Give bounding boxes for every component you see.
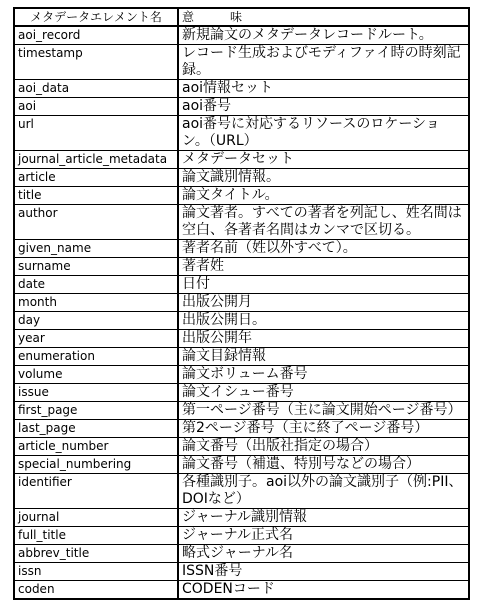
meaning-cell: 略式ジャーナル名 [178, 545, 469, 563]
table-row: first_page 第一ページ番号（主に論文開始ページ番号） [14, 402, 469, 420]
element-name-cell: url [14, 116, 178, 151]
meaning-cell: 出版公開日。 [178, 312, 469, 330]
element-name-cell: full_title [14, 527, 178, 545]
table-row: journal ジャーナル識別情報 [14, 509, 469, 527]
meaning-cell: ジャーナル識別情報 [178, 509, 469, 527]
element-name-cell: coden [14, 581, 178, 600]
element-name-cell: aoi [14, 98, 178, 116]
metadata-elements-table: メタデータエレメント名 意 味 aoi_record 新規論文のメタデータレコー… [13, 7, 470, 600]
element-name-cell: article [14, 169, 178, 187]
meaning-cell: 第一ページ番号（主に論文開始ページ番号） [178, 402, 469, 420]
element-name-cell: journal_article_metadata [14, 151, 178, 169]
meaning-cell: ジャーナル正式名 [178, 527, 469, 545]
element-name-cell: enumeration [14, 348, 178, 366]
element-name-cell: aoi_record [14, 26, 178, 45]
table-row: day 出版公開日。 [14, 312, 469, 330]
meaning-cell: aoi番号に対応するリソースのロケーション。（URL） [178, 116, 469, 151]
meaning-cell: aoi番号 [178, 98, 469, 116]
table-row: article_number 論文番号（出版社指定の場合） [14, 438, 469, 456]
table-row: aoi_data aoi情報セット [14, 80, 469, 98]
element-name-cell: day [14, 312, 178, 330]
element-name-cell: year [14, 330, 178, 348]
table-row: identifier 各種識別子。aoi以外の論文識別子（例:PII、DOIなど… [14, 474, 469, 509]
table-row: author 論文著者。すべての著者を列記し、姓名間は空白、各著者名間はカンマで… [14, 205, 469, 240]
table-row: enumeration 論文目録情報 [14, 348, 469, 366]
element-name-cell: month [14, 294, 178, 312]
table-row: given_name 著者名前（姓以外すべて）。 [14, 240, 469, 258]
table-row: issue 論文イシュー番号 [14, 384, 469, 402]
meaning-cell: ISSN番号 [178, 563, 469, 581]
table-row: coden CODENコード [14, 581, 469, 600]
element-name-cell: identifier [14, 474, 178, 509]
element-name-cell: issn [14, 563, 178, 581]
meaning-cell: 論文識別情報。 [178, 169, 469, 187]
meaning-cell: 出版公開年 [178, 330, 469, 348]
element-name-cell: author [14, 205, 178, 240]
table-row: date 日付 [14, 276, 469, 294]
meaning-cell: レコード生成およびモディファイ時の時刻記録。 [178, 45, 469, 80]
element-name-cell: given_name [14, 240, 178, 258]
table-row: surname 著者姓 [14, 258, 469, 276]
table-row: aoi aoi番号 [14, 98, 469, 116]
element-name-cell: date [14, 276, 178, 294]
element-name-cell: surname [14, 258, 178, 276]
table-row: last_page 第2ページ番号（主に終了ページ番号） [14, 420, 469, 438]
table-row: issn ISSN番号 [14, 563, 469, 581]
meaning-cell: 論文ボリューム番号 [178, 366, 469, 384]
meaning-cell: 著者名前（姓以外すべて）。 [178, 240, 469, 258]
table-row: special_numbering 論文番号（補遺、特別号などの場合） [14, 456, 469, 474]
meaning-cell: CODENコード [178, 581, 469, 600]
element-name-cell: special_numbering [14, 456, 178, 474]
table-row: volume 論文ボリューム番号 [14, 366, 469, 384]
table-header: メタデータエレメント名 意 味 [14, 8, 469, 26]
meaning-cell: 新規論文のメタデータレコードルート。 [178, 26, 469, 45]
table-row: month 出版公開月 [14, 294, 469, 312]
table-row: timestamp レコード生成およびモディファイ時の時刻記録。 [14, 45, 469, 80]
meaning-cell: 著者姓 [178, 258, 469, 276]
table-row: journal_article_metadata メタデータセット [14, 151, 469, 169]
meaning-cell: メタデータセット [178, 151, 469, 169]
meaning-cell: 論文番号（出版社指定の場合） [178, 438, 469, 456]
table-body: aoi_record 新規論文のメタデータレコードルート。 timestamp … [14, 26, 469, 599]
table-row: year 出版公開年 [14, 330, 469, 348]
column-header-element-name: メタデータエレメント名 [14, 8, 178, 26]
column-header-meaning: 意 味 [178, 8, 469, 26]
element-name-cell: issue [14, 384, 178, 402]
element-name-cell: first_page [14, 402, 178, 420]
table-row: full_title ジャーナル正式名 [14, 527, 469, 545]
element-name-cell: article_number [14, 438, 178, 456]
meaning-cell: 日付 [178, 276, 469, 294]
element-name-cell: last_page [14, 420, 178, 438]
element-name-cell: aoi_data [14, 80, 178, 98]
meaning-cell: 論文イシュー番号 [178, 384, 469, 402]
meaning-cell: 第2ページ番号（主に終了ページ番号） [178, 420, 469, 438]
table-row: aoi_record 新規論文のメタデータレコードルート。 [14, 26, 469, 45]
meaning-cell: 各種識別子。aoi以外の論文識別子（例:PII、DOIなど） [178, 474, 469, 509]
element-name-cell: title [14, 187, 178, 205]
element-name-cell: volume [14, 366, 178, 384]
table-row: url aoi番号に対応するリソースのロケーション。（URL） [14, 116, 469, 151]
element-name-cell: timestamp [14, 45, 178, 80]
element-name-cell: journal [14, 509, 178, 527]
element-name-cell: abbrev_title [14, 545, 178, 563]
meaning-cell: aoi情報セット [178, 80, 469, 98]
table-row: article 論文識別情報。 [14, 169, 469, 187]
table-row: title 論文タイトル。 [14, 187, 469, 205]
meaning-cell: 出版公開月 [178, 294, 469, 312]
meaning-cell: 論文目録情報 [178, 348, 469, 366]
meaning-cell: 論文タイトル。 [178, 187, 469, 205]
meaning-cell: 論文番号（補遺、特別号などの場合） [178, 456, 469, 474]
meaning-cell: 論文著者。すべての著者を列記し、姓名間は空白、各著者名間はカンマで区切る。 [178, 205, 469, 240]
header-row: メタデータエレメント名 意 味 [14, 8, 469, 26]
table-row: abbrev_title 略式ジャーナル名 [14, 545, 469, 563]
